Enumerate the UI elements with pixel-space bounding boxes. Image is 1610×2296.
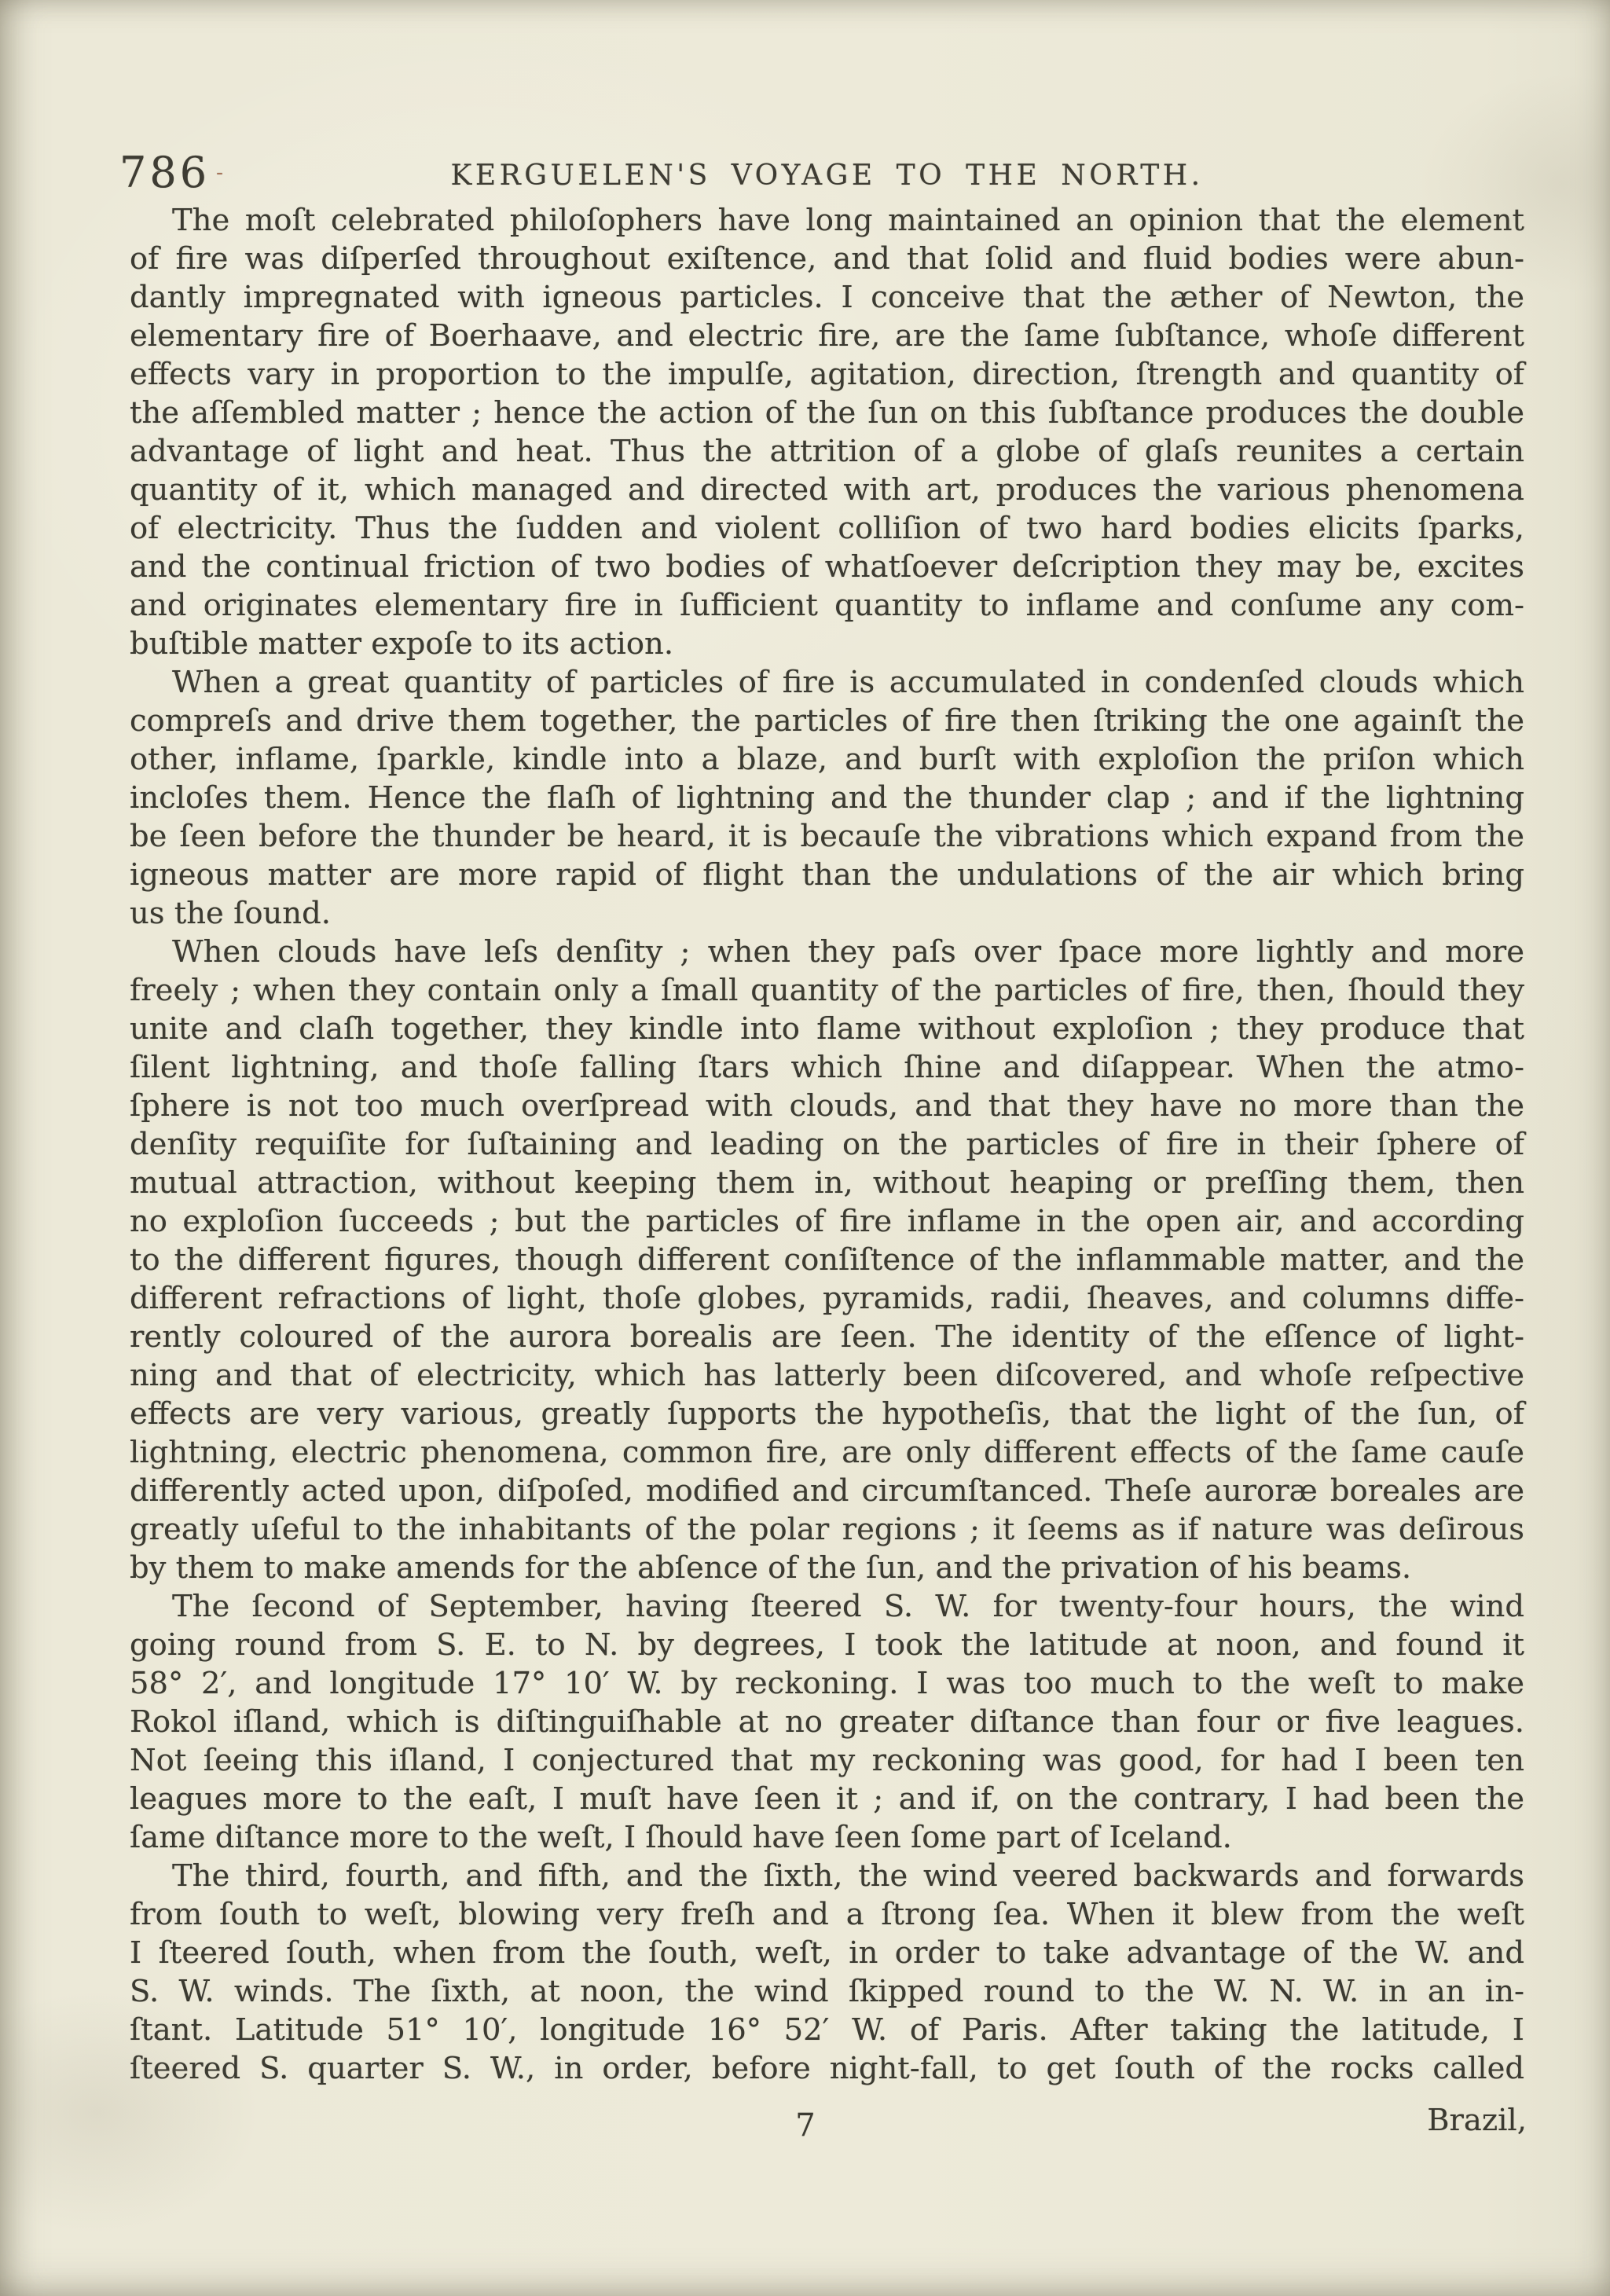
- text-line: unite and claſh together, they kindle in…: [130, 1010, 1524, 1048]
- text-line: denſity requiſite for ſuſtaining and lea…: [130, 1125, 1524, 1164]
- text-line: mutual attraction, without keeping them …: [130, 1164, 1524, 1202]
- body-text: The moſt celebrated philoſophers have lo…: [130, 201, 1524, 2088]
- text-line: Rokol iſland, which is diſtinguiſhable a…: [130, 1703, 1524, 1741]
- text-line: buſtible matter expoſe to its action.: [130, 625, 1524, 663]
- text-line: no exploſion ſucceeds ; but the particle…: [130, 1202, 1524, 1241]
- text-line: going round from S. E. to N. by degrees,…: [130, 1626, 1524, 1664]
- text-line: and originates elementary fire in ſuffic…: [130, 586, 1524, 625]
- text-line: I ſteered ſouth, when from the ſouth, we…: [130, 1934, 1524, 1972]
- text-line: greatly uſeful to the inhabitants of the…: [130, 1510, 1524, 1549]
- text-line: of fire was diſperſed throughout exiſten…: [130, 240, 1524, 278]
- text-line: from ſouth to weſt, blowing very freſh a…: [130, 1895, 1524, 1934]
- text-line: effects vary in proportion to the impulſ…: [130, 355, 1524, 394]
- text-line: compreſs and drive them together, the pa…: [130, 702, 1524, 740]
- text-line: The ſecond of September, having ſteered …: [130, 1587, 1524, 1626]
- text-line: differently acted upon, diſpoſed, modifi…: [130, 1472, 1524, 1510]
- text-line: and the continual friction of two bodies…: [130, 548, 1524, 586]
- text-line: to the different figures, though differe…: [130, 1241, 1524, 1279]
- paragraph: When a great quantity of particles of fi…: [130, 663, 1524, 933]
- text-line: ſtant. Latitude 51° 10′, longitude 16° 5…: [130, 2011, 1524, 2049]
- text-line: by them to make amends for the abſence o…: [130, 1549, 1524, 1587]
- paragraph: When clouds have leſs denſity ; when the…: [130, 933, 1524, 1587]
- text-line: ſame diſtance more to the weſt, I ſhould…: [130, 1818, 1524, 1857]
- text-line: Not ſeeing this iſland, I conjectured th…: [130, 1741, 1524, 1780]
- running-title: KERGUELEN'S VOYAGE TO THE NORTH.: [130, 160, 1524, 192]
- text-line: other, inflame, ſparkle, kindle into a b…: [130, 740, 1524, 779]
- text-line: incloſes them. Hence the flaſh of lightn…: [130, 779, 1524, 817]
- text-line: The moſt celebrated philoſophers have lo…: [130, 201, 1524, 240]
- text-line: S. W. winds. The ſixth, at noon, the win…: [130, 1972, 1524, 2011]
- text-line: freely ; when they contain only a ſmall …: [130, 971, 1524, 1010]
- catchword: Brazil,: [1427, 2103, 1527, 2138]
- text-line: rently coloured of the aurora borealis a…: [130, 1318, 1524, 1356]
- paragraph: The ſecond of September, having ſteered …: [130, 1587, 1524, 1857]
- text-line: ſilent lightning, and thoſe falling ſtar…: [130, 1048, 1524, 1087]
- text-line: quantity of it, which managed and direct…: [130, 471, 1524, 509]
- text-line: different refractions of light, thoſe gl…: [130, 1279, 1524, 1318]
- text-line: ning and that of electricity, which has …: [130, 1356, 1524, 1395]
- text-line: leagues more to the eaſt, I muſt have ſe…: [130, 1780, 1524, 1818]
- text-line: effects are very various, greatly ſuppor…: [130, 1395, 1524, 1433]
- text-line: 58° 2′, and longitude 17° 10′ W. by reck…: [130, 1664, 1524, 1703]
- text-line: us the ſound.: [130, 894, 1524, 933]
- text-line: elementary fire of Boerhaave, and electr…: [130, 317, 1524, 355]
- text-line: The third, fourth, and fifth, and the ſi…: [130, 1857, 1524, 1895]
- text-line: ſphere is not too much overſpread with c…: [130, 1087, 1524, 1125]
- text-line: When a great quantity of particles of fi…: [130, 663, 1524, 702]
- text-line: the aſſembled matter ; hence the action …: [130, 394, 1524, 432]
- paragraph: The moſt celebrated philoſophers have lo…: [130, 201, 1524, 663]
- text-line: be ſeen before the thunder be heard, it …: [130, 817, 1524, 856]
- text-line: ſteered S. quarter S. W., in order, befo…: [130, 2049, 1524, 2088]
- text-line: advantage of light and heat. Thus the at…: [130, 432, 1524, 471]
- text-line: igneous matter are more rapid of flight …: [130, 856, 1524, 894]
- paragraph: The third, fourth, and fifth, and the ſi…: [130, 1857, 1524, 2088]
- text-line: dantly impregnated with igneous particle…: [130, 278, 1524, 317]
- signature-mark: 7: [130, 2107, 1481, 2144]
- text-line: When clouds have leſs denſity ; when the…: [130, 933, 1524, 971]
- text-line: lightning, electric phenomena, common fi…: [130, 1433, 1524, 1472]
- text-line: of electricity. Thus the ſudden and viol…: [130, 509, 1524, 548]
- book-page: 786- KERGUELEN'S VOYAGE TO THE NORTH. Th…: [0, 0, 1610, 2296]
